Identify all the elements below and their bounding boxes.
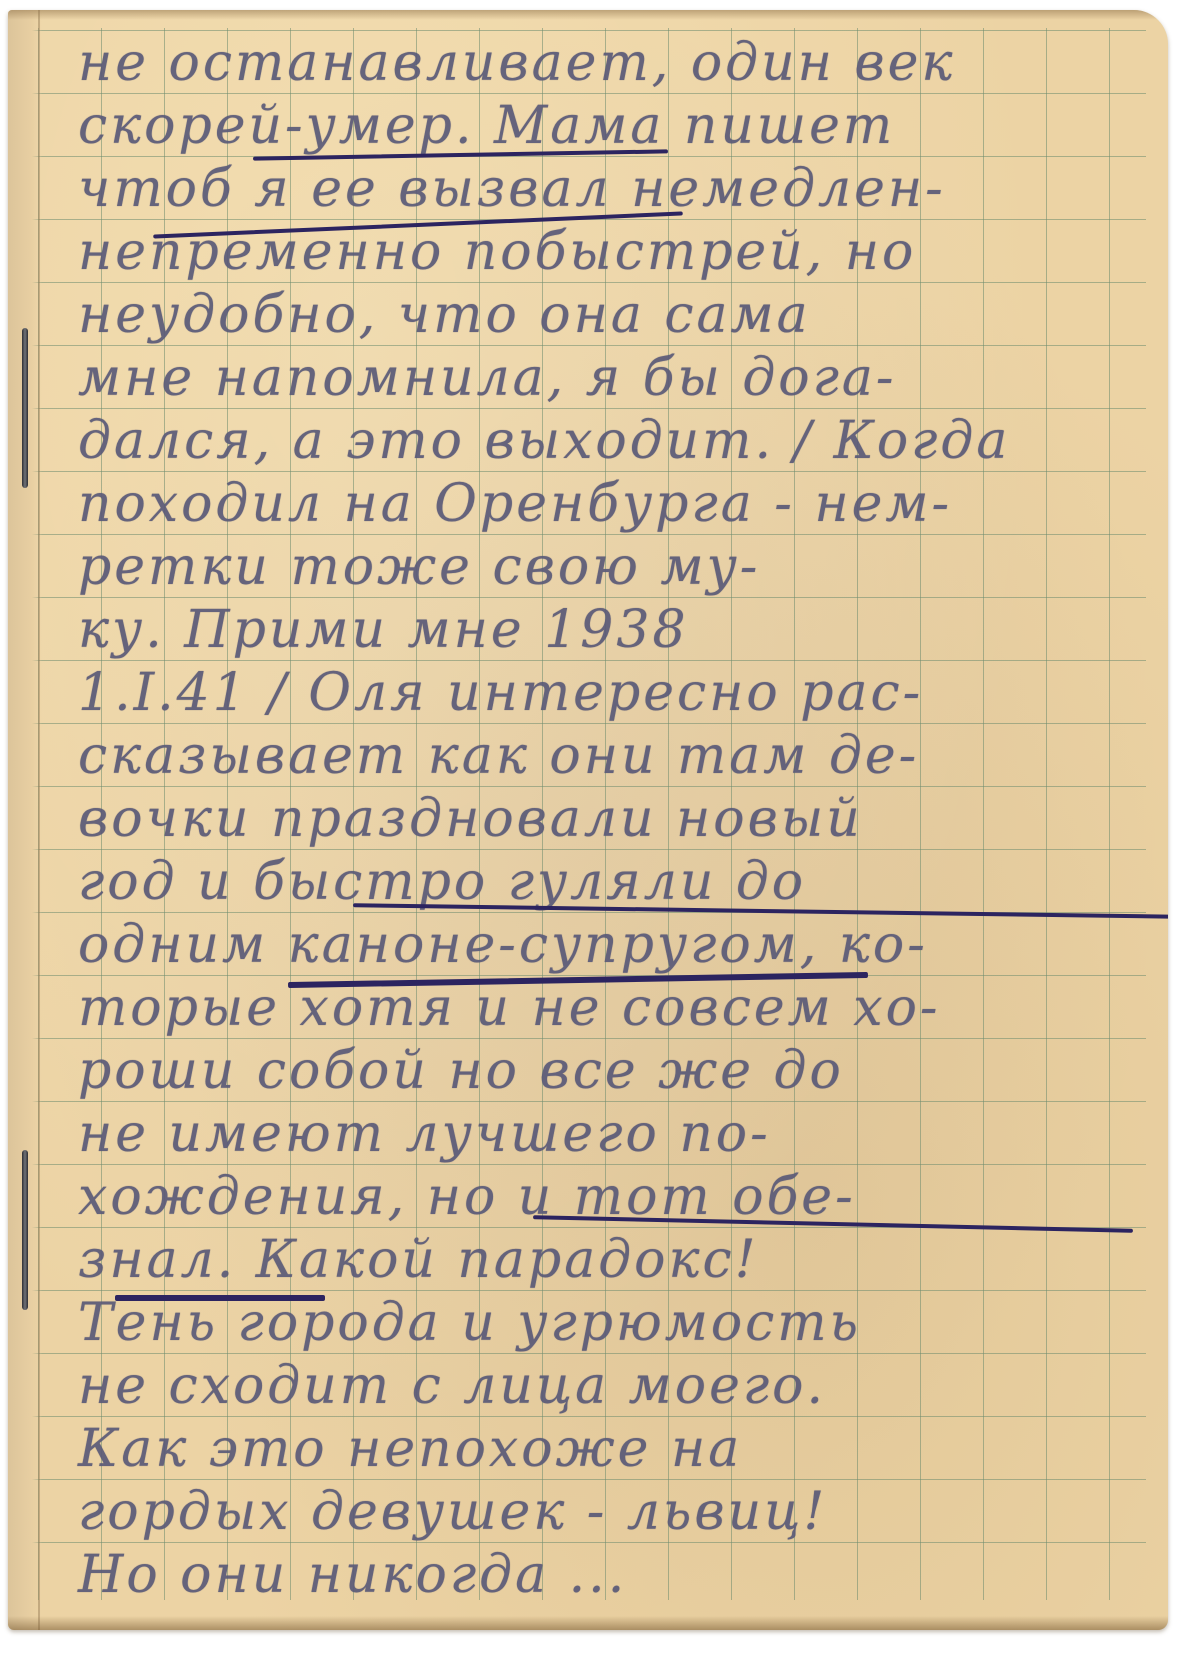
- notebook-page: не останавливает, один век скорей-умер. …: [8, 10, 1168, 1630]
- text-line: не сходит с лица моего.: [78, 1355, 1158, 1418]
- text-line: вочки праздновали новый: [78, 788, 1158, 851]
- text-line: год и быстро гуляли до: [78, 851, 1158, 914]
- text-line: чтоб я ее вызвал немедлен-: [78, 158, 1158, 221]
- staple-bottom-icon: [22, 1150, 28, 1310]
- text-line: ретки тоже свою му-: [78, 536, 1158, 599]
- text-line: мне напомнила, я бы дога-: [78, 347, 1158, 410]
- text-line: знал. Какой парадокс!: [78, 1229, 1158, 1292]
- text-line: Но они никогда ...: [78, 1544, 1158, 1607]
- text-line: скорей-умер. Мама пишет: [78, 95, 1158, 158]
- text-line: не имеют лучшего по-: [78, 1103, 1158, 1166]
- text-line: роши собой но все же до: [78, 1040, 1158, 1103]
- page-bottom-edge: [8, 1616, 1168, 1630]
- text-line: походил на Оренбурга - нем-: [78, 473, 1158, 536]
- text-line: не останавливает, один век: [78, 32, 1158, 95]
- text-line: гордых девушек - львиц!: [78, 1481, 1158, 1544]
- text-line: 1.I.41 / Оля интересно рас-: [78, 662, 1158, 725]
- ink-underline: [115, 1295, 325, 1301]
- text-line: Как это непохоже на: [78, 1418, 1158, 1481]
- text-line: одним каноне-супругом, ко-: [78, 914, 1158, 977]
- handwritten-text: не останавливает, один век скорей-умер. …: [78, 32, 1158, 1607]
- staple-top-icon: [22, 328, 28, 488]
- text-line: ку. Прими мне 1938: [78, 599, 1158, 662]
- text-line: неудобно, что она сама: [78, 284, 1158, 347]
- text-line: сказывает как они там де-: [78, 725, 1158, 788]
- torn-binding-edge: [8, 10, 42, 1630]
- text-line: торые хотя и не совсем хо-: [78, 977, 1158, 1040]
- page-top-edge: [8, 10, 1168, 20]
- text-line: Тень города и угрюмость: [78, 1292, 1158, 1355]
- text-line: дался, а это выходит. / Когда: [78, 410, 1158, 473]
